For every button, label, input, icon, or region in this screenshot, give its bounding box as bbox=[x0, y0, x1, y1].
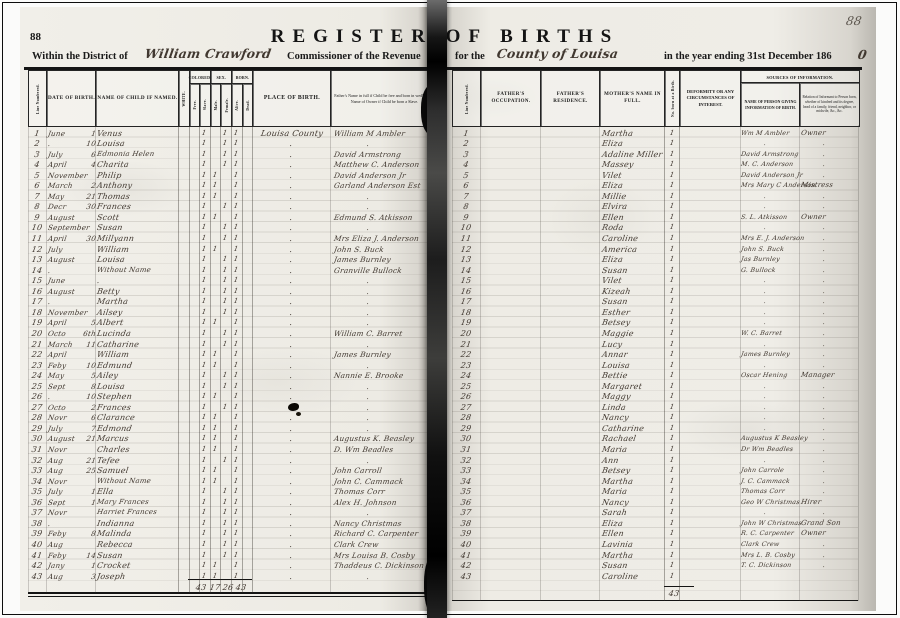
book-spine bbox=[427, 0, 447, 618]
column-rule bbox=[178, 125, 179, 593]
for-the-label: for the bbox=[455, 51, 485, 62]
year-digit-handwritten: 0 bbox=[857, 49, 868, 60]
register-scan: 88 88 REGISTER OF BIRTHS Within the Dist… bbox=[0, 0, 900, 618]
column-rule bbox=[210, 125, 211, 593]
column-rule bbox=[740, 125, 741, 601]
column-rule bbox=[540, 125, 541, 601]
column-rule bbox=[242, 125, 243, 593]
column-rule bbox=[95, 125, 96, 593]
column-rule bbox=[858, 125, 859, 601]
column-rule bbox=[664, 125, 665, 601]
column-rule bbox=[599, 125, 600, 601]
column-rule bbox=[199, 125, 200, 593]
column-rule bbox=[189, 125, 190, 593]
column-rule bbox=[28, 125, 29, 593]
column-rule bbox=[480, 125, 481, 601]
column-rule bbox=[330, 125, 331, 593]
ink-blot-small bbox=[296, 412, 301, 416]
county-name-handwritten: County of Louisa bbox=[496, 48, 619, 59]
column-rule bbox=[220, 125, 221, 593]
year-ending-label: in the year ending 31st December 186 bbox=[664, 51, 832, 62]
district-name-handwritten: William Crawford bbox=[144, 48, 272, 59]
column-rule bbox=[252, 125, 253, 593]
column-rule bbox=[679, 125, 680, 601]
scan-border-frame bbox=[2, 2, 897, 615]
column-rule bbox=[452, 125, 453, 601]
subtitle-line: Within the District of William Crawford … bbox=[0, 48, 900, 66]
column-rule bbox=[799, 125, 800, 601]
column-rule bbox=[46, 125, 47, 593]
commissioner-label: Commissioner of the Revenue bbox=[287, 51, 421, 62]
within-district-label: Within the District of bbox=[32, 51, 128, 62]
column-rule bbox=[231, 125, 232, 593]
